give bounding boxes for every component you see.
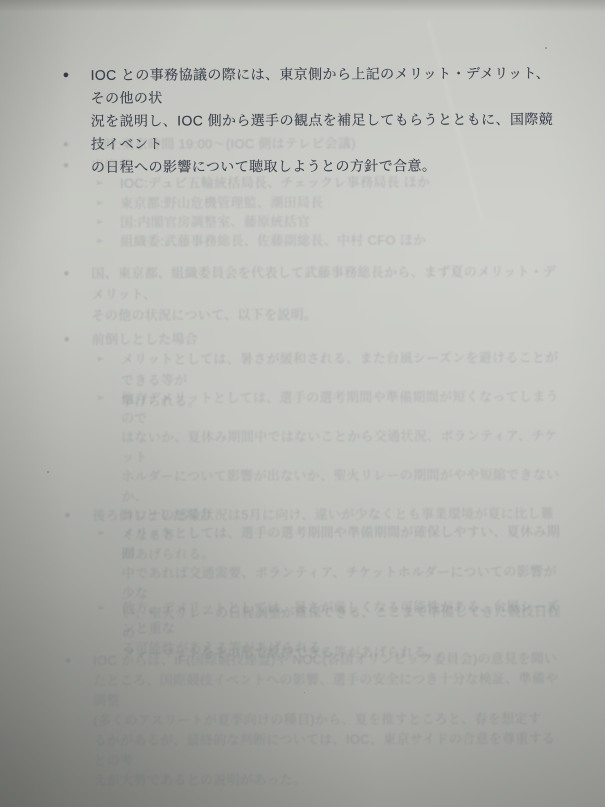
bleedthrough-lines: 前倒しとした場合 xyxy=(92,329,198,349)
bullet-icon: ● xyxy=(63,156,91,176)
bleedthrough-line: るかがあるが、最終的な判断については、IOC、東京サイドの合意を尊重するとの考 xyxy=(93,729,561,771)
bullet-icon: ● xyxy=(64,330,92,350)
bleedthrough-block: ●日時:東京時間 19:00〜(IOC 側はテレビ会議) xyxy=(63,133,559,155)
bleedthrough-layer: ●日時:東京時間 19:00〜(IOC 側はテレビ会議)●出席者➢IOC:デュビ… xyxy=(0,0,605,807)
bleedthrough-lines: 日時:東京時間 19:00〜(IOC 側はテレビ会議) xyxy=(91,134,356,155)
page-content: ● IOC との事務協議の際には、東京側から上記のメリット・デメリット、その他の… xyxy=(0,0,605,807)
photographed-document-page: ● IOC との事務協議の際には、東京側から上記のメリット・デメリット、その他の… xyxy=(0,0,605,807)
bleedthrough-line: メリットとしては、暑さが緩和される、また台風シーズンを避けることができる等が xyxy=(121,347,560,391)
arrow-bullet-icon: ➢ xyxy=(95,213,120,233)
bleedthrough-line: IOC からは、IF(国際競技連盟)や NOC(各国オリンピック委員会)の意見を… xyxy=(93,649,561,671)
bleedthrough-block: ➢IOC:デュビ五輪統括局長、チェックレ事務局長 ほか xyxy=(95,172,559,194)
bullet-icon: ● xyxy=(63,263,91,326)
bullet-icon: ● xyxy=(64,506,92,526)
bleedthrough-line: IOC:デュビ五輪統括局長、チェックレ事務局長 ほか xyxy=(120,172,430,193)
arrow-bullet-icon: ➢ xyxy=(95,194,120,214)
dust-speck xyxy=(304,692,305,693)
bleedthrough-lines: 国:内閣官房調整室、藤原統括官 xyxy=(120,212,310,233)
bleedthrough-line: 日時:東京時間 19:00〜(IOC 側はテレビ会議) xyxy=(91,134,356,155)
bleedthrough-line: ホルダーについて影響が出ないか、聖火リレーの期間がやや短縮できないか、 xyxy=(121,465,560,506)
bleedthrough-line: (多くのアスリートが夏季向けの種目)から、夏を推すところと、春を想定す xyxy=(93,709,561,731)
bleedthrough-lines: IOC:デュビ五輪統括局長、チェックレ事務局長 ほか xyxy=(120,172,430,193)
bullet-icon: ● xyxy=(63,135,91,155)
arrow-bullet-icon: ➢ xyxy=(95,232,120,252)
bleedthrough-lines: 国、東京都、組織委員会を代表して武藤事務総長から、まず夏のメリット・デメリット、… xyxy=(91,261,559,326)
bleedthrough-line: たところ、国際競技イベントへの影響、選手の安全につき十分な検証、準備や調整 xyxy=(93,669,561,711)
bleedthrough-lines: 東京都:野山危機管理監、潮田局長 xyxy=(120,193,324,214)
bleedthrough-line: 他方デメリットとしては、選手の選考期間や準備期間が短くなってしまうので xyxy=(121,387,560,428)
bleedthrough-line: その他の状況について、以下を説明。 xyxy=(92,303,560,326)
bleedthrough-line: 組織委:武藤事務総長、佐藤副総長、中村 CFO ほか xyxy=(120,230,426,251)
bleedthrough-line: 東京都:野山危機管理監、潮田局長 xyxy=(120,193,324,214)
bullet-icon: ● xyxy=(65,651,94,791)
bleedthrough-block: ●IOC からは、IF(国際競技連盟)や NOC(各国オリンピック委員会)の意見… xyxy=(65,649,562,791)
bleedthrough-lines: 組織委:武藤事務総長、佐藤副総長、中村 CFO ほか xyxy=(120,230,426,251)
bleedthrough-line: はないか、夏休み期間中ではないことから交通状況、ボランティア、チケット xyxy=(121,426,560,467)
bleedthrough-line: 他方、デメリットとしては、暑さが厳しくなる可能性がある、台風シーズンと重な xyxy=(122,597,561,639)
dust-speck xyxy=(47,471,49,473)
bleedthrough-block: ●国、東京都、組織委員会を代表して武藤事務総長から、まず夏のメリット・デメリット… xyxy=(63,261,559,326)
bleedthrough-line: 国、東京都、組織委員会を代表して武藤事務総長から、まず夏のメリット・デメリット、 xyxy=(91,261,559,305)
bleedthrough-lines: IOC からは、IF(国際競技連盟)や NOC(各国オリンピック委員会)の意見を… xyxy=(93,649,562,791)
arrow-bullet-icon: ➢ xyxy=(95,174,120,194)
bleedthrough-block: ➢組織委:武藤事務総長、佐藤副総長、中村 CFO ほか xyxy=(95,230,559,252)
bleedthrough-line: 国:内閣官房調整室、藤原統括官 xyxy=(120,212,310,233)
bleedthrough-line: えが大勢であるとの説明があった。 xyxy=(94,769,562,791)
dust-speck xyxy=(545,47,547,49)
bleedthrough-line: メリットとしては、選手の選考期間や準備期間が確保しやすい、夏休み期間 xyxy=(122,522,561,564)
bleedthrough-line: 前倒しとした場合 xyxy=(92,329,198,349)
